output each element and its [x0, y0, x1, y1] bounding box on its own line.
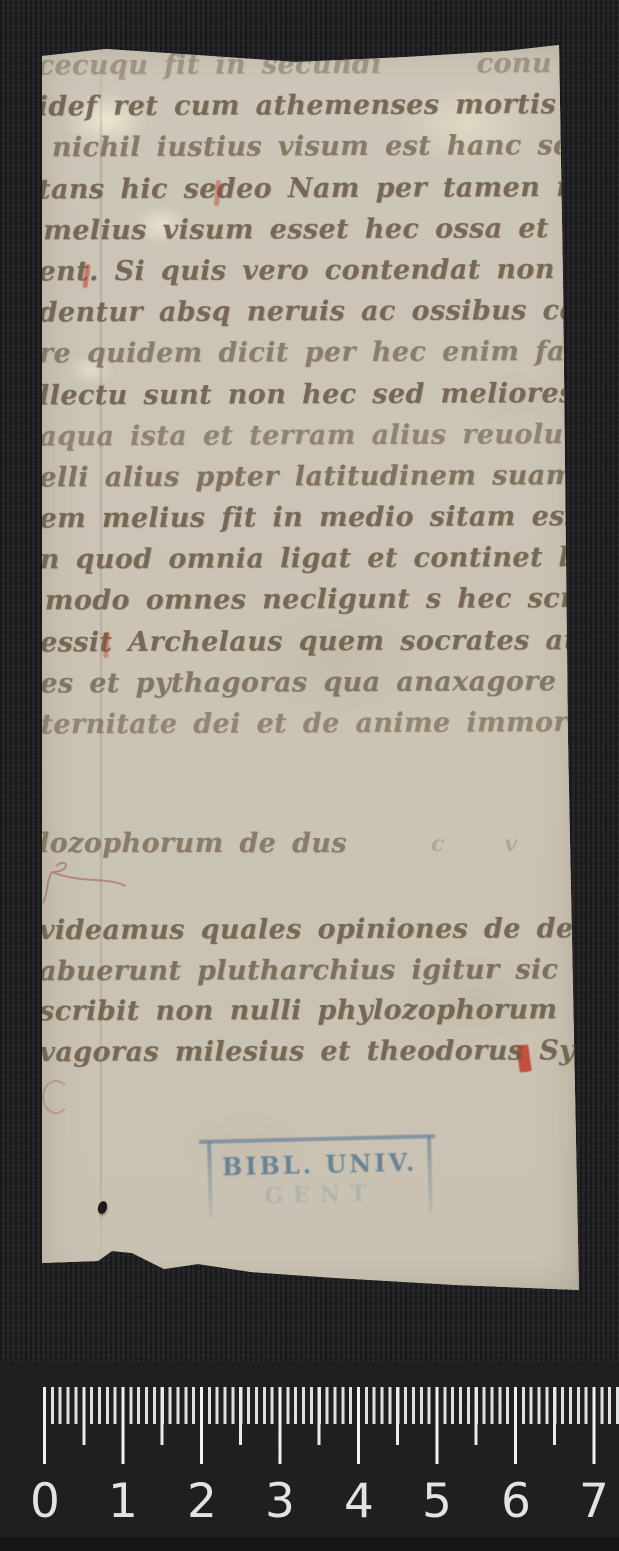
- manuscript-line: nichil iustius visum est hanc sen: [38, 125, 619, 169]
- manuscript-line: ent. Si quis vero contendat non s: [38, 249, 619, 293]
- manuscript-line: elli alius ppter latitudinem suam: [39, 455, 619, 499]
- manuscript-line: tans hic sedeo Nam per tamen m: [38, 166, 619, 210]
- manuscript-line: abuerunt plutharchius igitur sic: [39, 949, 619, 992]
- manuscript-line: vagoras milesius et theodorus Sy: [39, 1030, 619, 1073]
- measuring-ruler: 0 1 2 3 4 5 6 7: [0, 1360, 619, 1551]
- library-stamp: BIBL. UNIV. GENT: [207, 1134, 433, 1223]
- stamp-text-gent: GENT: [208, 1179, 433, 1210]
- manuscript-line: videamus quales opiniones de de: [39, 909, 619, 952]
- manuscript-line: scribit non nulli phylozophorum: [39, 990, 619, 1033]
- manuscript-line: aqua ista et terram alius reuolu: [39, 413, 619, 457]
- manuscript-line: n quod omnia ligat et continet bo: [40, 537, 619, 581]
- quire-signature-note: c v: [431, 831, 574, 857]
- ruler-label: 4: [329, 1478, 389, 1525]
- ruler-label: 7: [564, 1478, 619, 1525]
- red-paraph-flourish: [40, 856, 132, 906]
- manuscript-photo: cecuqu fit in secundi conu ta idef ret c…: [0, 0, 619, 1551]
- manuscript-line: em melius fit in medio sitam esse: [39, 496, 619, 540]
- ruler-label: 2: [172, 1478, 232, 1525]
- manuscript-line: es et pythagoras qua anaxagore: [40, 661, 619, 705]
- manuscript-line: dentur absq neruis ac ossibus cet: [39, 290, 619, 334]
- parchment-fragment: cecuqu fit in secundi conu ta idef ret c…: [36, 40, 581, 1296]
- manuscript-line: melius visum esset hec ossa et isti u: [38, 207, 619, 251]
- ruler-label: 5: [407, 1478, 467, 1525]
- manuscript-line: llectu sunt non hec sed meliores a: [39, 372, 619, 416]
- manuscript-text-block-2: videamus quales opiniones de de abuerunt…: [39, 909, 619, 1073]
- parchment-hole: [96, 1200, 108, 1215]
- ruler-centimetre-ticks: [43, 1387, 619, 1464]
- manuscript-line: re quidem dicit per hec enim facio: [39, 331, 619, 375]
- manuscript-line: essit Archelaus quem socrates au: [40, 619, 619, 663]
- stamp-border-top: [199, 1134, 435, 1144]
- ruler-label: 1: [93, 1478, 153, 1525]
- manuscript-line: ternitate dei et de anime immorta: [40, 702, 619, 746]
- faded-red-ring-mark: [42, 1080, 70, 1114]
- manuscript-line: modo omnes necligunt s hec scri: [40, 578, 619, 622]
- manuscript-text-block-1: cecuqu fit in secundi conu ta idef ret c…: [37, 43, 619, 746]
- ruler-label: 3: [250, 1478, 310, 1525]
- manuscript-line: idef ret cum athemenses mortis v: [38, 84, 619, 128]
- ruler-label: 0: [15, 1478, 75, 1525]
- stamp-text-bibl-univ: BIBL. UNIV.: [207, 1147, 432, 1181]
- ruler-label: 6: [486, 1478, 546, 1525]
